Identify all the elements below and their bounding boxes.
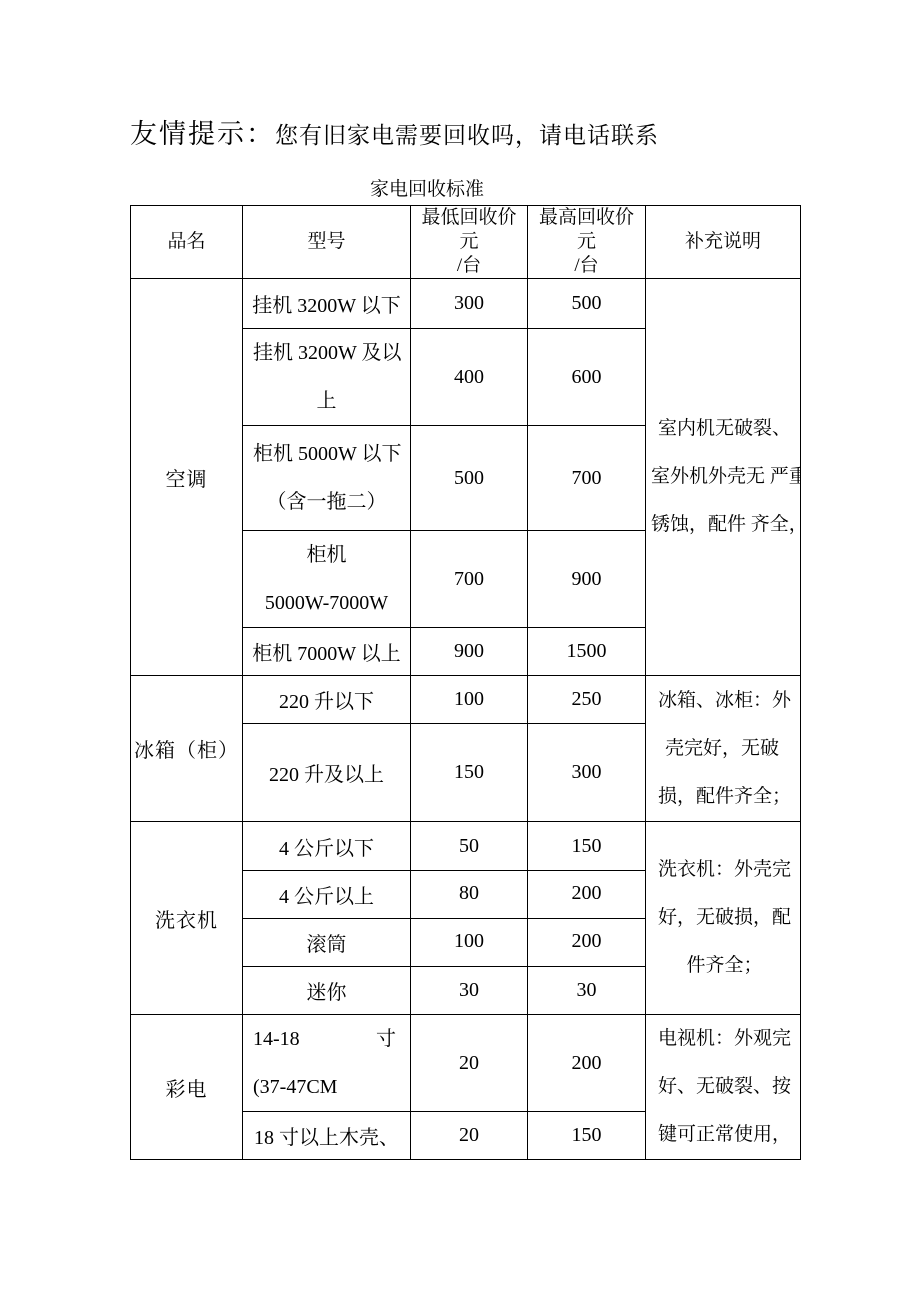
- note-line: 室内机无破裂、: [646, 405, 800, 453]
- note-line: 洗衣机：外壳完: [646, 846, 800, 894]
- max-price-cell: 150: [528, 1112, 646, 1160]
- header-product: 品名: [131, 206, 243, 279]
- note-line: 好、无破裂、按: [646, 1063, 800, 1111]
- min-price-cell: 150: [411, 724, 528, 822]
- max-price-cell: 150: [528, 822, 646, 871]
- min-price-cell: 100: [411, 919, 528, 967]
- table-row: 空调 挂机 3200W 以下 300 500 室内机无破裂、 室外机外壳无 严重…: [131, 279, 801, 329]
- min-price-cell: 700: [411, 531, 528, 628]
- max-price-cell: 30: [528, 967, 646, 1015]
- note-line: 冰箱、冰柜：外: [646, 677, 800, 725]
- category-cell-air-conditioner: 空调: [131, 279, 243, 676]
- model-cell: 4 公斤以下: [243, 822, 411, 871]
- table-caption: 家电回收标准: [92, 179, 762, 201]
- model-line: (37-47CM: [243, 1063, 410, 1111]
- model-cell: 挂机 3200W 以下: [243, 279, 411, 329]
- model-cell: 220 升及以上: [243, 724, 411, 822]
- min-price-cell: 50: [411, 822, 528, 871]
- table-row: 冰箱（柜） 220 升以下 100 250 冰箱、冰柜：外 壳完好，无破 损，配…: [131, 676, 801, 724]
- note-line: 室外机外壳无 严重: [646, 453, 800, 501]
- header-max-price-line2: /台: [528, 254, 645, 278]
- header-notes: 补充说明: [646, 206, 801, 279]
- category-cell-color-tv: 彩电: [131, 1015, 243, 1160]
- model-cell: 18 寸以上木壳、: [243, 1112, 411, 1160]
- header-model: 型号: [243, 206, 411, 279]
- min-price-cell: 30: [411, 967, 528, 1015]
- model-cell: 挂机 3200W 及以 上: [243, 329, 411, 426]
- category-cell-washing-machine: 洗衣机: [131, 822, 243, 1015]
- min-price-cell: 20: [411, 1112, 528, 1160]
- min-price-cell: 20: [411, 1015, 528, 1112]
- max-price-cell: 600: [528, 329, 646, 426]
- header-row: 品名 型号 最低回收价 元 /台 最高回收价 元 /台 补充说明: [131, 206, 801, 279]
- min-price-cell: 400: [411, 329, 528, 426]
- reminder-line: 友情提示： 您有旧家电需要回收吗，请电话联系: [130, 112, 800, 151]
- header-max-price-line1: 最高回收价 元: [528, 206, 645, 254]
- max-price-cell: 500: [528, 279, 646, 329]
- model-line: 上: [243, 377, 410, 425]
- model-line-right: 寸: [376, 1015, 396, 1063]
- model-cell: 柜机 7000W 以上: [243, 628, 411, 676]
- reminder-label: 友情提示：: [130, 112, 275, 151]
- model-cell: 迷你: [243, 967, 411, 1015]
- header-min-price-line2: /台: [411, 254, 527, 278]
- header-min-price: 最低回收价 元 /台: [411, 206, 528, 279]
- min-price-cell: 100: [411, 676, 528, 724]
- note-line: 键可正常使用，: [646, 1111, 800, 1159]
- min-price-cell: 300: [411, 279, 528, 329]
- category-cell-refrigerator: 冰箱（柜）: [131, 676, 243, 822]
- table-row: 洗衣机 4 公斤以下 50 150 洗衣机：外壳完 好，无破损，配 件齐全；: [131, 822, 801, 871]
- model-cell: 滚筒: [243, 919, 411, 967]
- max-price-cell: 200: [528, 871, 646, 919]
- max-price-cell: 900: [528, 531, 646, 628]
- note-line: 壳完好，无破: [646, 725, 800, 773]
- note-line: 好，无破损，配: [646, 894, 800, 942]
- model-cell: 4 公斤以上: [243, 871, 411, 919]
- min-price-cell: 900: [411, 628, 528, 676]
- header-max-price: 最高回收价 元 /台: [528, 206, 646, 279]
- document-page: 友情提示： 您有旧家电需要回收吗，请电话联系 家电回收标准 品名 型号 最低回收…: [130, 112, 800, 1160]
- model-cell: 14-18 寸 (37-47CM: [243, 1015, 411, 1112]
- min-price-cell: 80: [411, 871, 528, 919]
- model-line: 14-18 寸: [243, 1015, 410, 1063]
- recycle-price-table: 品名 型号 最低回收价 元 /台 最高回收价 元 /台 补充说明 空调 挂机 3…: [130, 205, 801, 1160]
- max-price-cell: 200: [528, 1015, 646, 1112]
- model-cell: 柜机 5000W 以下 （含一拖二）: [243, 426, 411, 531]
- min-price-cell: 500: [411, 426, 528, 531]
- note-cell-washing-machine: 洗衣机：外壳完 好，无破损，配 件齐全；: [646, 822, 801, 1015]
- note-line: 件齐全；: [646, 942, 800, 990]
- note-cell-color-tv: 电视机：外观完 好、无破裂、按 键可正常使用，: [646, 1015, 801, 1160]
- model-line: 柜机 5000W 以下: [243, 430, 410, 478]
- note-cell-refrigerator: 冰箱、冰柜：外 壳完好，无破 损，配件齐全；: [646, 676, 801, 822]
- reminder-text: 您有旧家电需要回收吗，请电话联系: [275, 117, 659, 150]
- note-line: 损，配件齐全；: [646, 773, 800, 821]
- model-line-left: 14-18: [253, 1015, 300, 1063]
- model-line: 柜机: [243, 531, 410, 579]
- model-cell: 220 升以下: [243, 676, 411, 724]
- header-min-price-line1: 最低回收价 元: [411, 206, 527, 254]
- max-price-cell: 1500: [528, 628, 646, 676]
- model-cell: 柜机 5000W-7000W: [243, 531, 411, 628]
- note-line: 锈蚀，配件 齐全，: [646, 501, 800, 549]
- max-price-cell: 300: [528, 724, 646, 822]
- model-line: 5000W-7000W: [243, 579, 410, 627]
- model-line: 挂机 3200W 及以: [243, 329, 410, 377]
- table-row: 彩电 14-18 寸 (37-47CM 20 200 电视机：外观完 好、无破裂…: [131, 1015, 801, 1112]
- max-price-cell: 200: [528, 919, 646, 967]
- max-price-cell: 250: [528, 676, 646, 724]
- note-line: 电视机：外观完: [646, 1015, 800, 1063]
- max-price-cell: 700: [528, 426, 646, 531]
- model-line: （含一拖二）: [243, 478, 410, 526]
- note-cell-air-conditioner: 室内机无破裂、 室外机外壳无 严重 锈蚀，配件 齐全，: [646, 279, 801, 676]
